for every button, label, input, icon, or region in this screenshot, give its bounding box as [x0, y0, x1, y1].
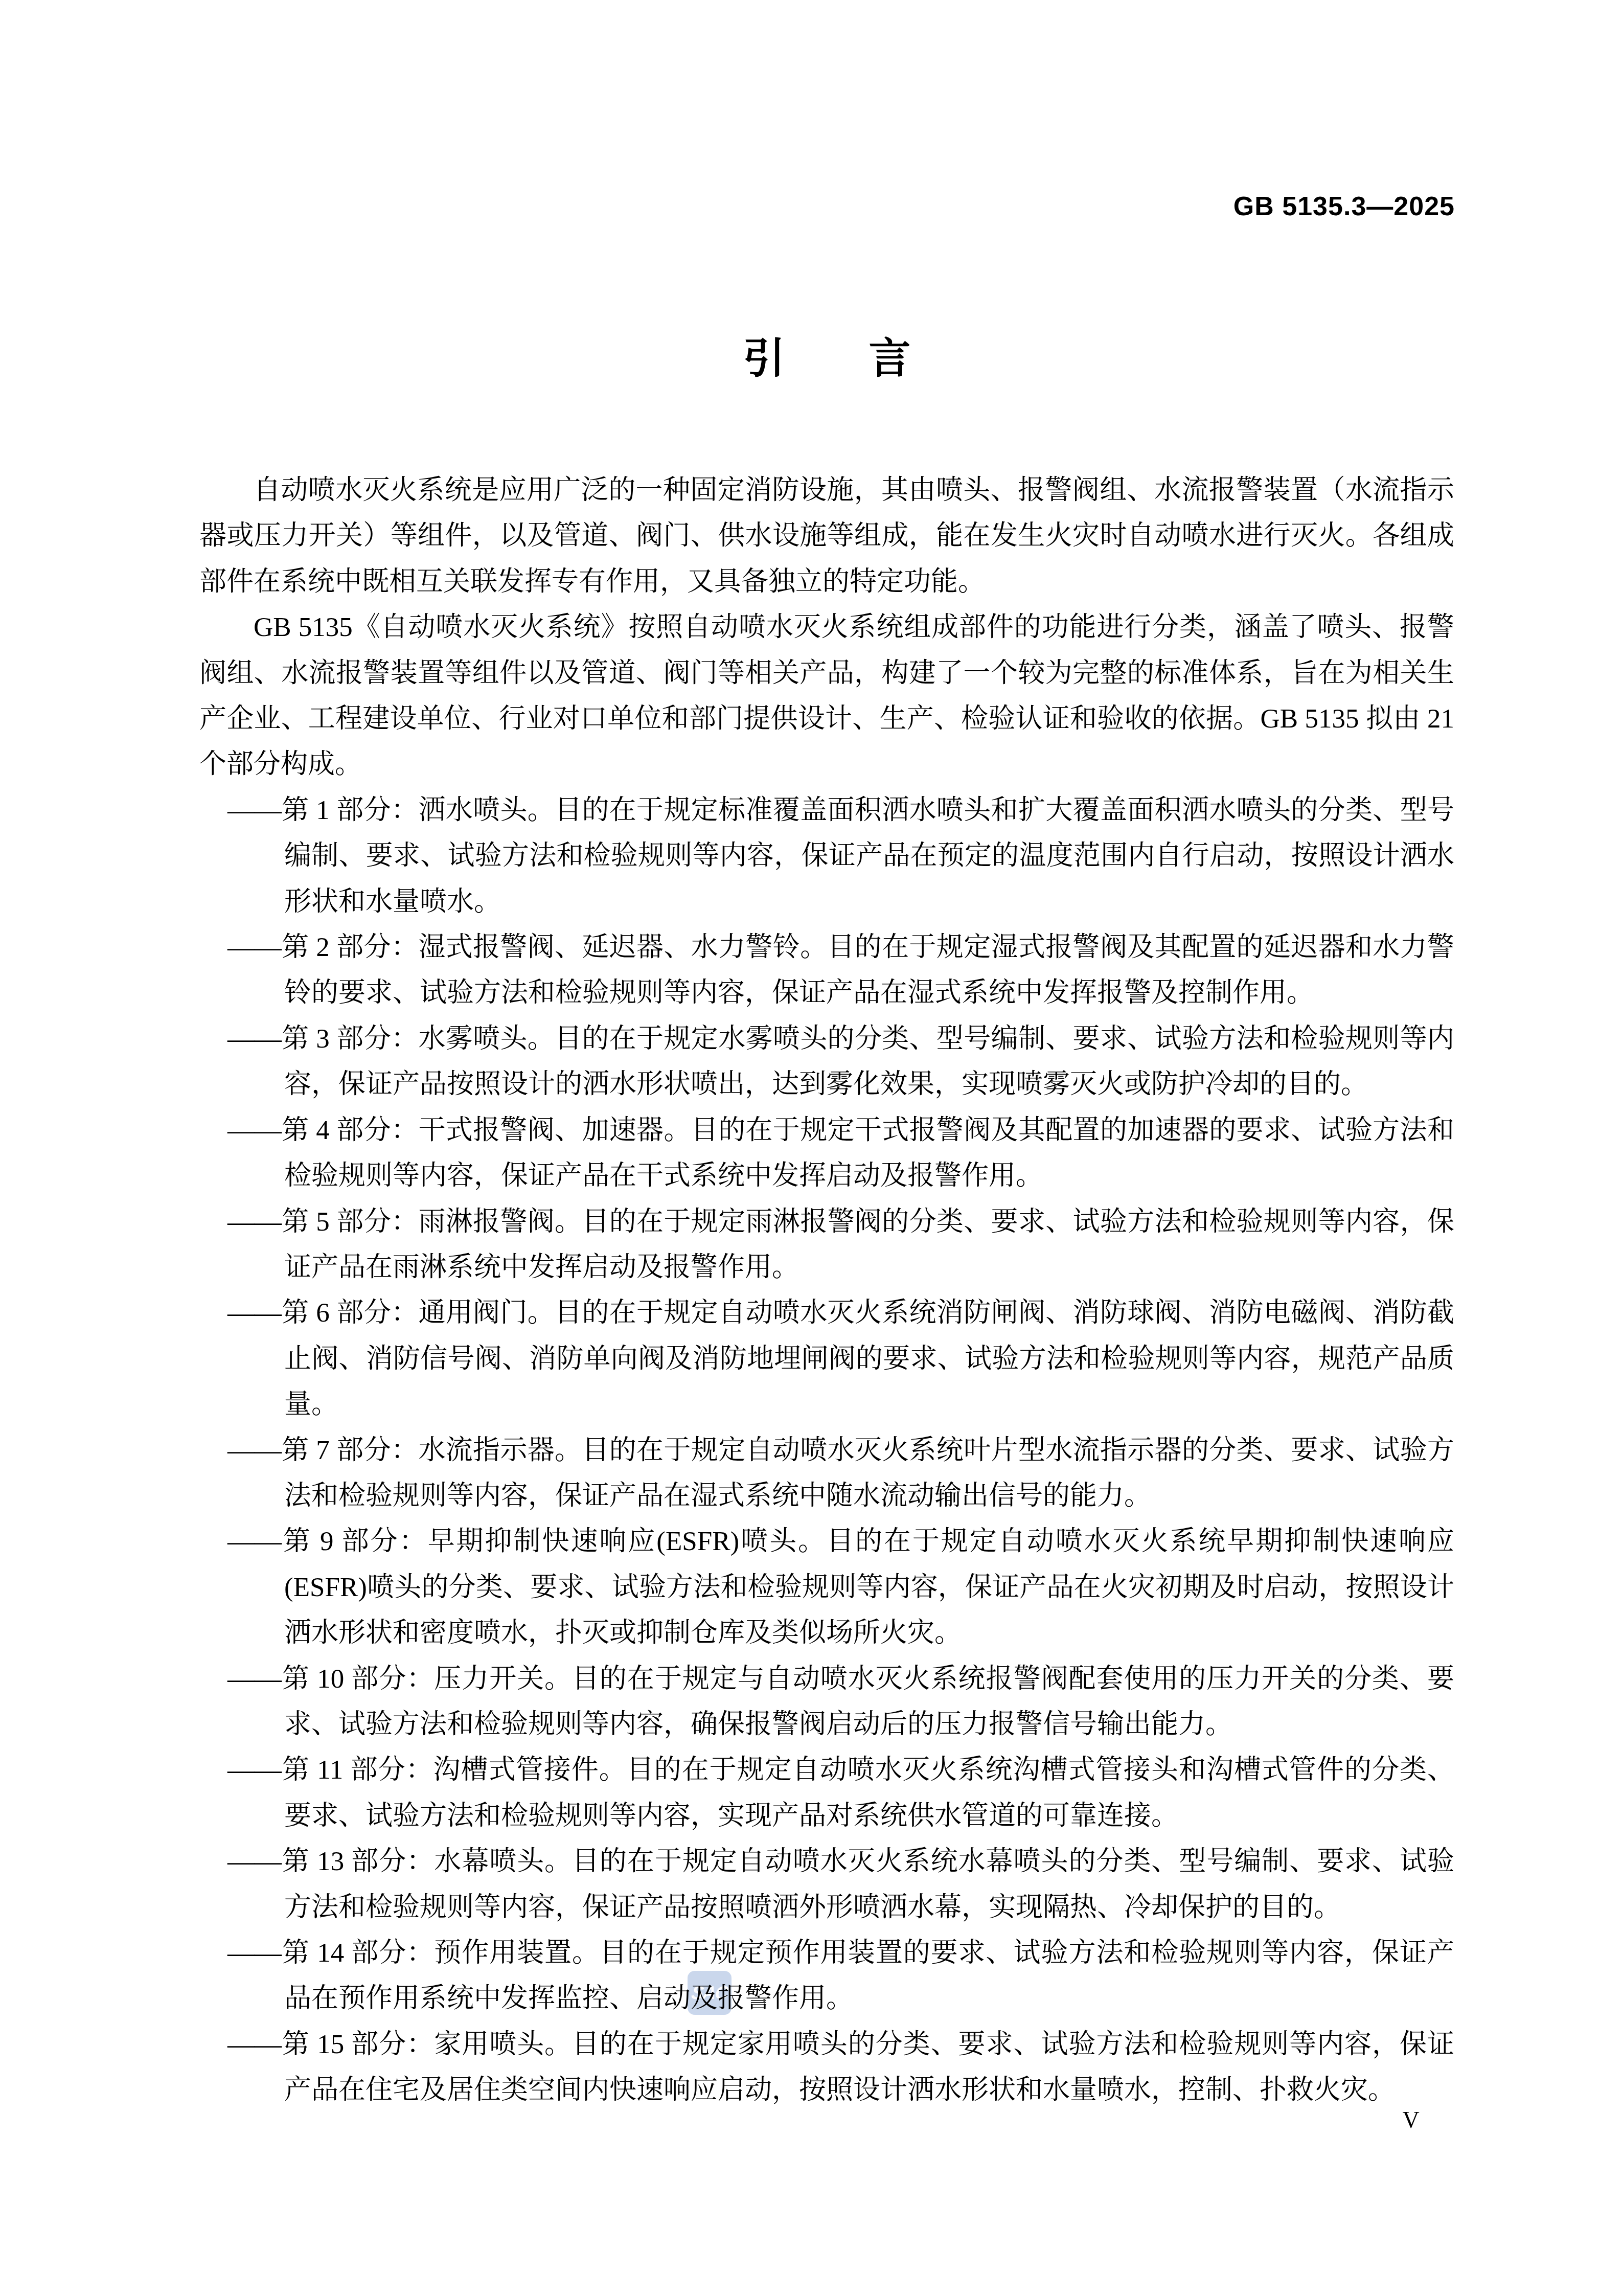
- page-title: 引 言: [199, 335, 1454, 383]
- part-item-1: ——第 1 部分：洒水喷头。目的在于规定标准覆盖面积洒水喷头和扩大覆盖面积洒水喷…: [199, 788, 1454, 925]
- part-item-15: ——第 15 部分：家用喷头。目的在于规定家用喷头的分类、要求、试验方法和检验规…: [199, 2022, 1454, 2113]
- part-item-4: ——第 4 部分：干式报警阀、加速器。目的在于规定干式报警阀及其配置的加速器的要…: [199, 1108, 1454, 1199]
- part-item-2: ——第 2 部分：湿式报警阀、延迟器、水力警铃。目的在于规定湿式报警阀及其配置的…: [199, 925, 1454, 1016]
- part-item-13: ——第 13 部分：水幕喷头。目的在于规定自动喷水灭火系统水幕喷头的分类、型号编…: [199, 1839, 1454, 1930]
- part-item-6: ——第 6 部分：通用阀门。目的在于规定自动喷水灭火系统消防闸阀、消防球阀、消防…: [199, 1290, 1454, 1427]
- standard-number: GB 5135.3—2025: [1233, 191, 1455, 222]
- part-item-11: ——第 11 部分：沟槽式管接件。目的在于规定自动喷水灭火系统沟槽式管接头和沟槽…: [199, 1747, 1454, 1839]
- document-page: GB 5135.3—2025 引 言 SAC 自动喷水灭火系统是应用广泛的一种固…: [0, 0, 1623, 2296]
- intro-paragraph: GB 5135《自动喷水灭火系统》按照自动喷水灭火系统组成部件的功能进行分类，涵…: [199, 605, 1454, 788]
- part-item-9: ——第 9 部分：早期抑制快速响应(ESFR)喷头。目的在于规定自动喷水灭火系统…: [199, 1519, 1454, 1656]
- part-item-5: ——第 5 部分：雨淋报警阀。目的在于规定雨淋报警阀的分类、要求、试验方法和检验…: [199, 1199, 1454, 1291]
- part-item-7: ——第 7 部分：水流指示器。目的在于规定自动喷水灭火系统叶片型水流指示器的分类…: [199, 1428, 1454, 1519]
- intro-paragraph: 自动喷水灭火系统是应用广泛的一种固定消防设施，其由喷头、报警阀组、水流报警装置（…: [199, 468, 1454, 605]
- part-item-3: ——第 3 部分：水雾喷头。目的在于规定水雾喷头的分类、型号编制、要求、试验方法…: [199, 1016, 1454, 1108]
- part-item-10: ——第 10 部分：压力开关。目的在于规定与自动喷水灭火系统报警阀配套使用的压力…: [199, 1656, 1454, 1748]
- introduction-body: 自动喷水灭火系统是应用广泛的一种固定消防设施，其由喷头、报警阀组、水流报警装置（…: [199, 468, 1454, 2113]
- part-item-14: ——第 14 部分：预作用装置。目的在于规定预作用装置的要求、试验方法和检验规则…: [199, 1930, 1454, 2022]
